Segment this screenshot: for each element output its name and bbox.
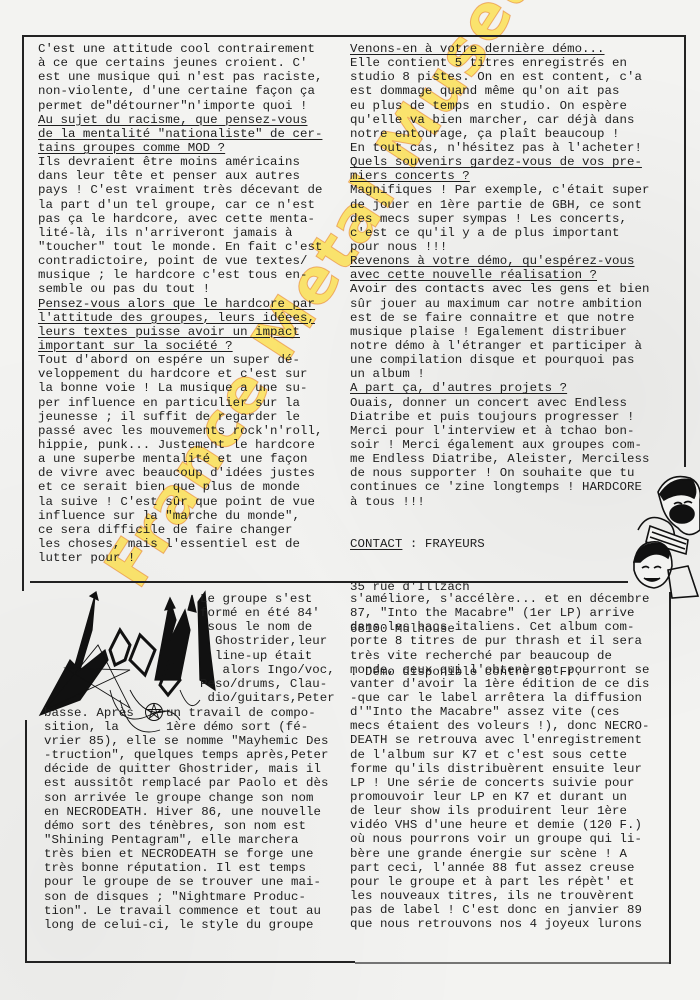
line-text: en NECRODEATH. Hiver 86, une nouvelle (44, 805, 321, 819)
text-line: promouvoir leur LP en K7 et durant un (350, 790, 649, 804)
line-text: hippie, punk... Justement le hardcore (38, 438, 315, 452)
line-text: notre démo à l'étranger et participer à (350, 339, 642, 353)
line-text: Diatribe et puis toujours progresser ! (350, 410, 634, 424)
line-text: LP ! Une série de concerts suivie pour (350, 776, 634, 790)
contact-label: CONTACT (350, 537, 402, 551)
text-line: une compilation disque et pourquoi pas (350, 353, 649, 367)
line-text: Merci pour l'interview et à tchao bon- (350, 424, 634, 438)
text-line: Le groupe s'est (200, 592, 335, 606)
line-text: pour nous !!! (350, 240, 447, 254)
text-line: ce sera difficile de faire changer (38, 523, 322, 537)
text-line: que nous retrouvons nos 4 joyeux lurons (350, 917, 649, 931)
text-line: C'est une attitude cool contrairement (38, 42, 322, 56)
line-text: que nous retrouvons nos 4 joyeux lurons (350, 917, 642, 931)
line-text: permet de"détourner"n'importe quoi ! (38, 99, 307, 113)
line-text: contradictoire, point de vue textes/ (38, 254, 307, 268)
line-text: sûr jouer au maximum car notre ambition (350, 297, 642, 311)
line-text: line-up était (200, 649, 312, 663)
question-line: important sur la société ? (38, 339, 322, 353)
line-text: monde, ceux qui l'obtenèrent pourront se (350, 663, 649, 677)
line-text: Peso/drums, Clau- (200, 677, 327, 691)
line-text: est dommage quand même qu'on ait pas (350, 84, 619, 98)
line-text: à ce que certains jeunes croient. C' (38, 56, 307, 70)
line-text-left: basse. Après (44, 706, 166, 720)
line-text: porte 8 titres de pur thrash et il sera (350, 634, 642, 648)
text-line: où nous pourrons voir un groupe qui li- (350, 832, 649, 846)
text-line: hippie, punk... Justement le hardcore (38, 438, 322, 452)
line-text: de jouer en 1ère partie de GBH, ce sont (350, 198, 642, 212)
line-text: mecs étaient des voleurs !), donc NECRO- (350, 719, 649, 733)
line-text: de vivre avec beaucoup d'idées justes (38, 466, 315, 480)
text-line: non-violente, d'une certaine façon ça (38, 84, 322, 98)
text-line: mecs étaient des voleurs !), donc NECRO- (350, 719, 649, 733)
line-text: Ouais, donner un concert avec Endless (350, 396, 627, 410)
line-text: important sur la société ? (38, 339, 233, 353)
text-line: son de disques ; "Nightmare Produc- (44, 890, 328, 904)
line-text: pour le groupe et à part les répèt' et (350, 875, 634, 889)
line-text: a une superbe mentalité et une façon (38, 452, 307, 466)
question-line: Pensez-vous alors que le hardcore par (38, 297, 322, 311)
line-text: musique plaise ! Egalement distribuer (350, 325, 627, 339)
text-line: Ils devraient être moins américains (38, 155, 322, 169)
line-text: per influence en particulier sur la (38, 396, 300, 410)
line-text: sous le nom de (200, 620, 312, 634)
text-line: sous le nom de (200, 620, 335, 634)
line-text-right: un travail de compo- (166, 706, 316, 720)
text-line: est aussitôt remplacé par Paolo et dès (44, 776, 328, 790)
line-text: dans leur tête et penser aux autres (38, 169, 300, 183)
text-line: formé en été 84' (200, 606, 335, 620)
text-line: "Shining Pentagram", elle marchera (44, 833, 328, 847)
line-text: vrier 85), elle se nomme "Mayhemic Des (44, 734, 328, 748)
line-text: s'améliore, s'accélère... et en décembre (350, 592, 649, 606)
line-text: leurs textes puisse avoir un impact (38, 325, 300, 339)
line-text: long de celui-ci, le style du groupe (44, 918, 313, 932)
text-line: Merci pour l'interview et à tchao bon- (350, 424, 649, 438)
line-text: dans les bacs italiens. Cet album com- (350, 620, 634, 634)
text-line: musique plaise ! Egalement distribuer (350, 325, 649, 339)
line-text: de leur show ils produirent leur 1ère (350, 804, 627, 818)
text-line: basse. Aprèsun travail de compo- (44, 706, 316, 720)
text-line: contradictoire, point de vue textes/ (38, 254, 322, 268)
line-text: de la mentalité "nationaliste" de cer- (38, 127, 322, 141)
line-text: la bonne voie ! La musique a une su- (38, 381, 307, 395)
text-line: 87, "Into the Macabre" (1er LP) arrive (350, 606, 649, 620)
line-text: tion". Le travail commence et tout au (44, 904, 321, 918)
line-text: des mecs super sympas ! Les concerts, (350, 212, 627, 226)
text-line: les nouveaux titres, ils ne trouvèrent (350, 889, 649, 903)
line-text: notre entourage, ça plaît beaucoup ! (350, 127, 619, 141)
text-line: part ceci, l'année 88 fut assez creuse (350, 861, 649, 875)
line-text: tains groupes comme MOD ? (38, 141, 225, 155)
text-line: jeunesse ; il suffit de regarder le (38, 410, 322, 424)
line-text: décide de quitter Ghostrider, mais il (44, 762, 321, 776)
line-text: DEATH se retrouva avec l'enregistrement (350, 733, 642, 747)
line-text: vanter d'avoir la 1ère édition de ce dis (350, 677, 649, 691)
band-intro-wrap: basse. Aprèsun travail de compo-sition, … (44, 706, 316, 734)
line-text: formé en été 84' (200, 606, 320, 620)
text-line: dans leur tête et penser aux autres (38, 169, 322, 183)
band-intro-text: Le groupe s'estformé en été 84' sous le … (200, 592, 335, 705)
text-line: tion". Le travail commence et tout au (44, 904, 328, 918)
text-line: notre entourage, ça plaît beaucoup ! (350, 127, 649, 141)
line-text: alors Ingo/voc, (200, 663, 335, 677)
text-line: sition, la1ère démo sort (fé- (44, 720, 316, 734)
bottom-frame-right-border (669, 592, 671, 964)
line-text: Quels souvenirs gardez-vous de vos pre- (350, 155, 642, 169)
line-text: les choses, mais l'essentiel est de (38, 537, 300, 551)
line-text: est une musique qui n'est pas raciste, (38, 70, 322, 84)
text-line: vrier 85), elle se nomme "Mayhemic Des (44, 734, 328, 748)
text-line: bère une grande énergie sur scène ! A (350, 847, 649, 861)
text-line: passé avec les mouvements rock'n'roll, (38, 424, 322, 438)
text-line: très bien et NECRODEATH se forge une (44, 847, 328, 861)
line-text: et ce serait bien que plus de monde (38, 480, 300, 494)
text-line: en NECRODEATH. Hiver 86, une nouvelle (44, 805, 328, 819)
line-text: pas de label ! C'est donc en janvier 89 (350, 903, 642, 917)
line-text: promouvoir leur LP en K7 et durant un (350, 790, 627, 804)
text-line: forme qu'ils distribuèrent ensuite leur (350, 762, 649, 776)
text-line: de l'album sur K7 et c'est sous cette (350, 748, 649, 762)
line-text: En tout cas, n'hésitez pas à l'acheter! (350, 141, 642, 155)
text-line: "toucher" tout le monde. En fait c'est (38, 240, 322, 254)
text-line: Tout d'abord on espére un super dé- (38, 353, 322, 367)
top-frame-right-border (684, 35, 686, 467)
question-line: Venons-en à votre dernière démo... (350, 42, 649, 56)
line-text: soir ! Merci également aux groupes com- (350, 438, 642, 452)
line-text: 87, "Into the Macabre" (1er LP) arrive (350, 606, 634, 620)
line-text-left: sition, la (44, 720, 166, 734)
line-text: studio 8 pistes. On en est content, c'a (350, 70, 642, 84)
line-text: est de se faire connaitre et que notre (350, 311, 634, 325)
text-line: En tout cas, n'hésitez pas à l'acheter! (350, 141, 649, 155)
text-line: alors Ingo/voc, (200, 663, 335, 677)
line-text: semble ou pas du tout ! (38, 282, 210, 296)
text-line: lité-là, ils n'arriveront jamais à (38, 226, 322, 240)
line-text: veloppement du hardcore et c'est sur (38, 367, 307, 381)
line-text: -que car le label arrêtera la diffusion (350, 691, 642, 705)
text-line: démo sort des ténèbres, son nom est (44, 819, 328, 833)
line-text: Ils devraient être moins américains (38, 155, 300, 169)
text-line: un album ! (350, 367, 649, 381)
text-line: à ce que certains jeunes croient. C' (38, 56, 322, 70)
text-line: pour le groupe de se trouver une mai- (44, 875, 328, 889)
text-line: pas ça le hardcore, avec cette menta- (38, 212, 322, 226)
text-line: me Endless Diatribe, Aleister, Merciless (350, 452, 649, 466)
line-text: démo sort des ténèbres, son nom est (44, 819, 306, 833)
text-line: est de se faire connaitre et que notre (350, 311, 649, 325)
line-text: forme qu'ils distribuèrent ensuite leur (350, 762, 642, 776)
text-line: sûr jouer au maximum car notre ambition (350, 297, 649, 311)
line-text: Revenons à votre démo, qu'espérez-vous (350, 254, 634, 268)
text-line: -que car le label arrêtera la diffusion (350, 691, 649, 705)
text-line: la suive ! C'est sûr que point de vue (38, 495, 322, 509)
text-line: dio/guitars,Peter (200, 691, 335, 705)
text-line: des mecs super sympas ! Les concerts, (350, 212, 649, 226)
line-text: bère une grande énergie sur scène ! A (350, 847, 627, 861)
text-line: monde, ceux qui l'obtenèrent pourront se (350, 663, 649, 677)
text-line: lutter pour ! (38, 551, 322, 565)
line-text: Tout d'abord on espére un super dé- (38, 353, 300, 367)
line-text: continues ce 'zine longtemps ! HARDCORE (350, 480, 642, 494)
text-line: qu'elle va bien marcher, car déjà dans (350, 113, 649, 127)
text-line: vidéo VHS d'une heure et demie (120 F.) (350, 818, 649, 832)
top-frame-top-border (22, 35, 686, 37)
text-line: à tous !!! (350, 495, 649, 509)
text-line: pour le groupe et à part les répèt' et (350, 875, 649, 889)
text-line: dans les bacs italiens. Cet album com- (350, 620, 649, 634)
text-line: a une superbe mentalité et une façon (38, 452, 322, 466)
line-text: Pensez-vous alors que le hardcore par (38, 297, 315, 311)
line-text: d'"Into the Macabre" assez vite (ces (350, 705, 619, 719)
text-line: de leur show ils produirent leur 1ère (350, 804, 649, 818)
text-line: son arrivée le groupe change son nom (44, 791, 328, 805)
text-line: veloppement du hardcore et c'est sur (38, 367, 322, 381)
text-line: de jouer en 1ère partie de GBH, ce sont (350, 198, 649, 212)
line-text: vidéo VHS d'une heure et demie (120 F.) (350, 818, 642, 832)
text-line: Peso/drums, Clau- (200, 677, 335, 691)
text-line: décide de quitter Ghostrider, mais il (44, 762, 328, 776)
line-text: me Endless Diatribe, Aleister, Merciless (350, 452, 649, 466)
text-line: long de celui-ci, le style du groupe (44, 918, 328, 932)
question-line: avec cette nouvelle réalisation ? (350, 268, 649, 282)
line-text: passé avec les mouvements rock'n'roll, (38, 424, 322, 438)
top-frame-left-border (22, 35, 24, 591)
text-line: porte 8 titres de pur thrash et il sera (350, 634, 649, 648)
line-text: son arrivée le groupe change son nom (44, 791, 313, 805)
text-line: musique ; le hardcore c'est tous en- (38, 268, 322, 282)
band-bio-left-column: vrier 85), elle se nomme "Mayhemic Des-t… (44, 734, 328, 932)
line-text: non-violente, d'une certaine façon ça (38, 84, 315, 98)
line-text: la suive ! C'est sûr que point de vue (38, 495, 315, 509)
text-line: line-up était (200, 649, 335, 663)
text-line: Magnifiques ! Par exemple, c'était super (350, 183, 649, 197)
interview-right-column: Venons-en à votre dernière démo...Elle c… (350, 42, 649, 509)
text-line: d'"Into the Macabre" assez vite (ces (350, 705, 649, 719)
question-line: miers concerts ? (350, 169, 649, 183)
text-line: la part d'un tel groupe, car ce n'est (38, 198, 322, 212)
text-line: vanter d'avoir la 1ère édition de ce dis (350, 677, 649, 691)
line-text: eu plus de temps en studio. On espère (350, 99, 627, 113)
question-line: tains groupes comme MOD ? (38, 141, 322, 155)
line-text: l'attitude des groupes, leurs idéees, (38, 311, 315, 325)
text-line: pays ! C'est vraiment très décevant de (38, 183, 322, 197)
line-text: part ceci, l'année 88 fut assez creuse (350, 861, 634, 875)
line-text: Au sujet du racisme, que pensez-vous (38, 113, 307, 127)
line-text: une compilation disque et pourquoi pas (350, 353, 634, 367)
text-line: Diatribe et puis toujours progresser ! (350, 410, 649, 424)
interview-left-column: C'est une attitude cool contrairementà c… (38, 42, 322, 565)
text-line: per influence en particulier sur la (38, 396, 322, 410)
line-text-right: 1ère démo sort (fé- (166, 720, 308, 734)
question-line: Au sujet du racisme, que pensez-vous (38, 113, 322, 127)
text-line: pas de label ! C'est donc en janvier 89 (350, 903, 649, 917)
line-text: très bonne réputation. Il est temps (44, 861, 306, 875)
line-text: c'est ce qu'il y a de plus important (350, 226, 619, 240)
text-line: soir ! Merci également aux groupes com- (350, 438, 649, 452)
text-line: c'est ce qu'il y a de plus important (350, 226, 649, 240)
line-text: musique ; le hardcore c'est tous en- (38, 268, 307, 282)
line-text: ce sera difficile de faire changer (38, 523, 293, 537)
text-line: de nous supporter ! On souhaite que tu (350, 466, 649, 480)
band-bio-right-column: s'améliore, s'accélère... et en décembre… (350, 592, 649, 931)
line-text: dio/guitars,Peter (200, 691, 335, 705)
line-text: lutter pour ! (38, 551, 135, 565)
line-text: influence sur la "marche du monde", (38, 509, 300, 523)
line-text: Avoir des contacts avec les gens et bien (350, 282, 649, 296)
text-line: continues ce 'zine longtemps ! HARDCORE (350, 480, 649, 494)
text-line: est une musique qui n'est pas raciste, (38, 70, 322, 84)
line-text: Elle contient 5 titres enregistrés en (350, 56, 627, 70)
text-line: semble ou pas du tout ! (38, 282, 322, 296)
text-line: la bonne voie ! La musique a une su- (38, 381, 322, 395)
line-text: "Shining Pentagram", elle marchera (44, 833, 299, 847)
text-line: LP ! Une série de concerts suivie pour (350, 776, 649, 790)
line-text: de l'album sur K7 et c'est sous cette (350, 748, 627, 762)
text-line: très vite recherché par beaucoup de (350, 649, 649, 663)
text-line: s'améliore, s'accélère... et en décembre (350, 592, 649, 606)
question-line: Quels souvenirs gardez-vous de vos pre- (350, 155, 649, 169)
text-line: très bonne réputation. Il est temps (44, 861, 328, 875)
bottom-frame-bottom-border (25, 961, 355, 963)
text-line: -truction", quelques temps après,Peter (44, 748, 328, 762)
line-text: un album ! (350, 367, 425, 381)
text-line: DEATH se retrouva avec l'enregistrement (350, 733, 649, 747)
line-text: A part ça, d'autres projets ? (350, 381, 567, 395)
question-line: leurs textes puisse avoir un impact (38, 325, 322, 339)
line-text: "toucher" tout le monde. En fait c'est (38, 240, 322, 254)
line-text: pour le groupe de se trouver une mai- (44, 875, 321, 889)
text-line: eu plus de temps en studio. On espère (350, 99, 649, 113)
contact-separator: : (402, 537, 424, 551)
text-line: et ce serait bien que plus de monde (38, 480, 322, 494)
line-text: Venons-en à votre dernière démo... (350, 42, 605, 56)
line-text: la part d'un tel groupe, car ce n'est (38, 198, 315, 212)
text-line: studio 8 pistes. On en est content, c'a (350, 70, 649, 84)
line-text: pays ! C'est vraiment très décevant de (38, 183, 322, 197)
line-text: très vite recherché par beaucoup de (350, 649, 612, 663)
text-line: Avoir des contacts avec les gens et bien (350, 282, 649, 296)
question-line: Revenons à votre démo, qu'espérez-vous (350, 254, 649, 268)
line-text: est aussitôt remplacé par Paolo et dès (44, 776, 328, 790)
text-line: pour nous !!! (350, 240, 649, 254)
text-line: Ouais, donner un concert avec Endless (350, 396, 649, 410)
line-text: avec cette nouvelle réalisation ? (350, 268, 597, 282)
line-text: les nouveaux titres, ils ne trouvèrent (350, 889, 634, 903)
question-line: de la mentalité "nationaliste" de cer- (38, 127, 322, 141)
line-text: à tous !!! (350, 495, 425, 509)
text-line: de vivre avec beaucoup d'idées justes (38, 466, 322, 480)
line-text: pas ça le hardcore, avec cette menta- (38, 212, 315, 226)
text-line: les choses, mais l'essentiel est de (38, 537, 322, 551)
bottom-frame-left-border (25, 720, 27, 963)
text-line: influence sur la "marche du monde", (38, 509, 322, 523)
line-text: Magnifiques ! Par exemple, c'était super (350, 183, 649, 197)
line-text: Le groupe s'est (200, 592, 312, 606)
text-line: est dommage quand même qu'on ait pas (350, 84, 649, 98)
line-text: de nous supporter ! On souhaite que tu (350, 466, 634, 480)
question-line: A part ça, d'autres projets ? (350, 381, 649, 395)
line-text: jeunesse ; il suffit de regarder le (38, 410, 300, 424)
line-text: Ghostrider,leur (200, 634, 327, 648)
line-text: C'est une attitude cool contrairement (38, 42, 315, 56)
text-line: Ghostrider,leur (200, 634, 335, 648)
text-line: Elle contient 5 titres enregistrés en (350, 56, 649, 70)
line-text: son de disques ; "Nightmare Produc- (44, 890, 306, 904)
line-text: qu'elle va bien marcher, car déjà dans (350, 113, 634, 127)
contact-name: FRAYEURS (425, 537, 485, 551)
line-text: lité-là, ils n'arriveront jamais à (38, 226, 293, 240)
line-text: où nous pourrons voir un groupe qui li- (350, 832, 642, 846)
line-text: miers concerts ? (350, 169, 470, 183)
cartoon-characters-icon (628, 470, 700, 600)
line-text: -truction", quelques temps après,Peter (44, 748, 328, 762)
text-line: permet de"détourner"n'importe quoi ! (38, 99, 322, 113)
bottom-frame-bottom-right-border (355, 962, 671, 964)
question-line: l'attitude des groupes, leurs idéees, (38, 311, 322, 325)
text-line: notre démo à l'étranger et participer à (350, 339, 649, 353)
line-text: très bien et NECRODEATH se forge une (44, 847, 313, 861)
